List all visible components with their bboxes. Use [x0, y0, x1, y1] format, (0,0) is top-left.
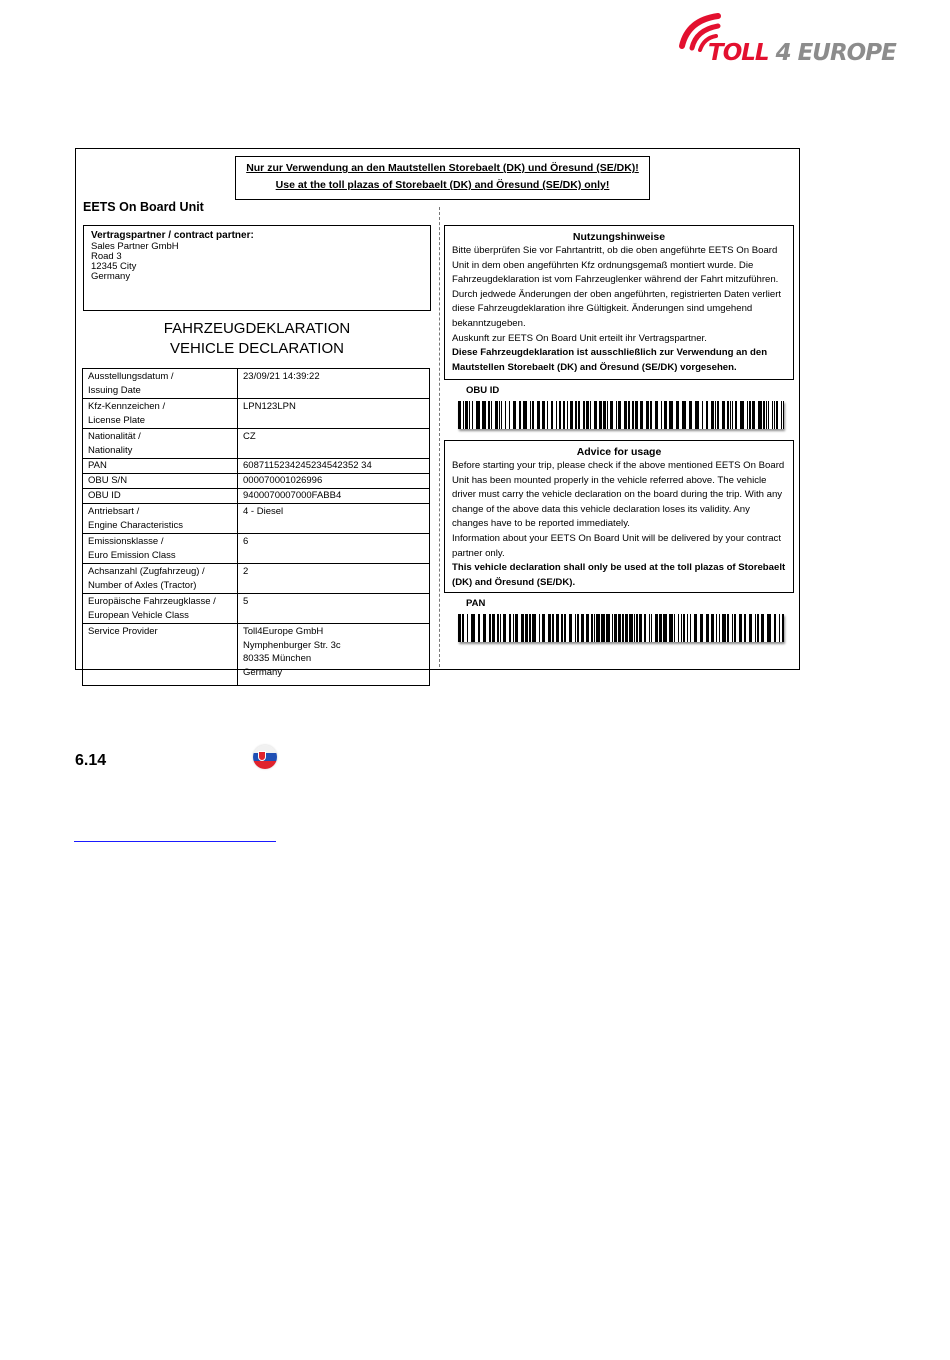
- advice-contact: Information about your EETS On Board Uni…: [452, 532, 786, 561]
- logo-text-4europe: 4 EUROPE: [776, 40, 896, 66]
- field-label: Nationalität /Nationality: [83, 429, 238, 459]
- logo-text-toll: TOLL: [708, 40, 769, 66]
- pan-barcode: [458, 614, 784, 642]
- field-value: LPN123LPN: [238, 399, 430, 429]
- table-row: OBU ID9400070007000FABB4: [83, 489, 430, 504]
- vehicle-declaration-card: Nur zur Verwendung an den Mautstellen St…: [75, 148, 800, 670]
- slovakia-flag-icon: [253, 745, 277, 769]
- section-number: 6.14: [75, 752, 106, 770]
- partner-name: Sales Partner GmbH: [91, 242, 423, 252]
- field-value: 2: [238, 564, 430, 594]
- field-label: OBU ID: [83, 489, 238, 504]
- field-label: Achsanzahl (Zugfahrzeug) /Number of Axle…: [83, 564, 238, 594]
- notice-line-en: Use at the toll plazas of Storebaelt (DK…: [236, 177, 649, 194]
- contract-partner-box: Vertragspartner / contract partner: Sale…: [83, 225, 431, 311]
- usage-hints-title: Nutzungshinweise: [452, 230, 786, 244]
- field-value: 6: [238, 534, 430, 564]
- partner-city: 12345 City: [91, 262, 423, 272]
- field-value: 9400070007000FABB4: [238, 489, 430, 504]
- declaration-title-de: FAHRZEUGDEKLARATION: [83, 319, 431, 339]
- field-value: 5: [238, 594, 430, 624]
- hyperlink-underline[interactable]: [74, 841, 276, 842]
- usage-hints-contact: Auskunft zur EETS On Board Unit erteilt …: [452, 332, 786, 347]
- table-row: Antriebsart /Engine Characteristics4 - D…: [83, 504, 430, 534]
- cut-line-divider: [439, 207, 440, 667]
- advice-restriction: This vehicle declaration shall only be u…: [452, 561, 786, 590]
- notice-line-de: Nur zur Verwendung an den Mautstellen St…: [236, 160, 649, 177]
- table-row-service-provider: Service ProviderToll4Europe GmbHNymphenb…: [83, 624, 430, 686]
- table-row: OBU S/N000070001026996: [83, 474, 430, 489]
- field-value: 6087115234245234542352 34: [238, 459, 430, 474]
- field-label: Service Provider: [83, 624, 238, 686]
- declaration-title: FAHRZEUGDEKLARATION VEHICLE DECLARATION: [83, 319, 431, 359]
- field-label: Ausstellungsdatum /Issuing Date: [83, 369, 238, 399]
- field-label: Kfz-Kennzeichen /License Plate: [83, 399, 238, 429]
- unit-title: EETS On Board Unit: [83, 200, 204, 214]
- field-value: 000070001026996: [238, 474, 430, 489]
- obu-id-barcode-label: OBU ID: [466, 385, 499, 396]
- logo-wordmark: TOLL 4 EUROPE: [708, 40, 896, 66]
- table-row: Europäische Fahrzeugklasse /European Veh…: [83, 594, 430, 624]
- advice-title: Advice for usage: [452, 445, 786, 459]
- usage-hints-text: Bitte überprüfen Sie vor Fahrtantritt, o…: [452, 244, 786, 332]
- declaration-title-en: VEHICLE DECLARATION: [83, 339, 431, 359]
- usage-hints-restriction: Diese Fahrzeugdeklaration ist ausschließ…: [452, 346, 786, 375]
- toll4europe-logo: TOLL 4 EUROPE: [678, 12, 898, 70]
- table-row: Emissionsklasse /Euro Emission Class6: [83, 534, 430, 564]
- advice-text: Before starting your trip, please check …: [452, 459, 786, 532]
- field-value: 4 - Diesel: [238, 504, 430, 534]
- usage-notice-box: Nur zur Verwendung an den Mautstellen St…: [235, 156, 650, 200]
- field-value: 23/09/21 14:39:22: [238, 369, 430, 399]
- vehicle-data-table: Ausstellungsdatum /Issuing Date23/09/21 …: [82, 368, 430, 686]
- table-row: Ausstellungsdatum /Issuing Date23/09/21 …: [83, 369, 430, 399]
- partner-street: Road 3: [91, 252, 423, 262]
- pan-barcode-label: PAN: [466, 598, 485, 609]
- table-row: Kfz-Kennzeichen /License PlateLPN123LPN: [83, 399, 430, 429]
- field-label: Antriebsart /Engine Characteristics: [83, 504, 238, 534]
- partner-country: Germany: [91, 272, 423, 282]
- field-label: Europäische Fahrzeugklasse /European Veh…: [83, 594, 238, 624]
- table-row: Nationalität /NationalityCZ: [83, 429, 430, 459]
- field-label: Emissionsklasse /Euro Emission Class: [83, 534, 238, 564]
- obu-id-barcode: [458, 401, 784, 429]
- field-value: CZ: [238, 429, 430, 459]
- usage-hints-de-box: Nutzungshinweise Bitte überprüfen Sie vo…: [444, 225, 794, 380]
- table-row: PAN6087115234245234542352 34: [83, 459, 430, 474]
- table-row: Achsanzahl (Zugfahrzeug) /Number of Axle…: [83, 564, 430, 594]
- field-label: PAN: [83, 459, 238, 474]
- advice-for-usage-box: Advice for usage Before starting your tr…: [444, 440, 794, 593]
- field-value: Toll4Europe GmbHNymphenburger Str. 3c803…: [238, 624, 430, 686]
- field-label: OBU S/N: [83, 474, 238, 489]
